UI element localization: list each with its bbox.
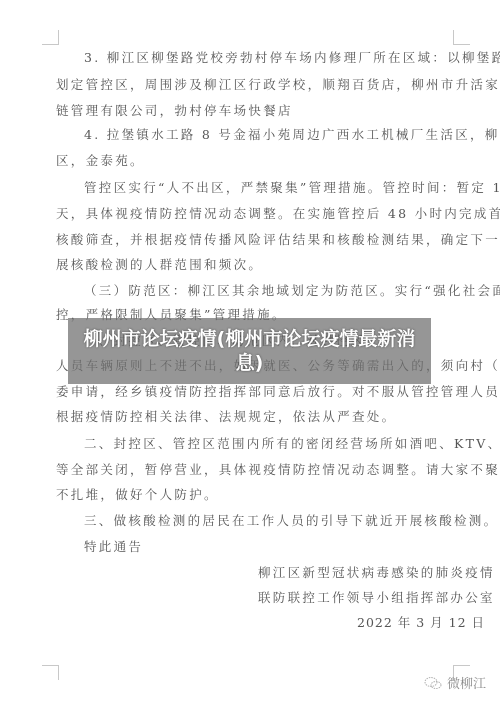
signature-line-2: 联防联控工作领导小组指挥部办公室 <box>258 590 495 606</box>
title-overlay-banner: 柳州市论坛疫情(柳州市论坛疫情最新消息) <box>68 318 431 384</box>
overlay-title: 柳州市论坛疫情(柳州市论坛疫情最新消息) <box>80 327 420 375</box>
doc-line: 4. 拉堡镇水工路 8 号金福小苑周边广西水工机械厂生活区，柳源居小 <box>84 127 500 143</box>
page-corner-mark <box>453 30 470 45</box>
doc-line: 链管理有限公司，勃村停车场快餐店 <box>56 103 293 119</box>
signature-date: 2022 年 3 月 12 日 <box>357 615 485 631</box>
doc-line: 特此通告 <box>84 539 143 555</box>
page-corner-mark <box>42 665 59 680</box>
page-corner-mark <box>42 30 59 45</box>
document-page: 3. 柳江区柳堡路党校旁勃村停车场内修理厂所在区域：以柳堡路进入， 划定管控区，… <box>0 0 500 703</box>
watermark: 微柳江 <box>423 673 486 692</box>
doc-line: 3. 柳江区柳堡路党校旁勃村停车场内修理厂所在区域：以柳堡路进入， <box>84 50 500 66</box>
doc-line: 等全部关闭，暂停营业，具体视疫情防控情况动态调整。请大家不聚集、 <box>56 462 500 478</box>
doc-line: 三、做核酸检测的居民在工作人员的引导下就近开展核酸检测。 <box>84 513 498 529</box>
wechat-icon <box>423 676 443 690</box>
doc-line: 根据疫情防控相关法律、法规规定，依法从严查处。 <box>56 409 396 425</box>
doc-line: 划定管控区，周围涉及柳江区行政学校，顺翔百货店，柳州市升活家供应 <box>56 77 500 93</box>
signature-line-1: 柳江区新型冠状病毒感染的肺炎疫情 <box>258 565 495 581</box>
doc-line: （三）防范区：柳江区其余地域划定为防范区。实行“强化社会面管 <box>84 283 500 299</box>
doc-line: 管控区实行“人不出区，严禁聚集”管理措施。管控时间：暂定 14 <box>84 180 500 196</box>
doc-line: 不扎堆，做好个人防护。 <box>56 487 219 503</box>
doc-line: 委申请，经乡镇疫情防控指挥部同意后放行。对不服从管控管理人员，将 <box>56 384 500 400</box>
doc-line: 区，金泰苑。 <box>56 153 145 169</box>
doc-line: 天，具体视疫情防控情况动态调整。在实施管控后 48 小时内完成首次全员 <box>56 206 500 222</box>
watermark-text: 微柳江 <box>447 673 486 692</box>
doc-line: 核酸筛查，并根据疫情传播风险评估结果和核酸检测结果，确定下一步开 <box>56 232 500 248</box>
doc-line: 二、封控区、管控区范围内所有的密闭经营场所如酒吧、KTV、电影院 <box>84 436 500 452</box>
doc-line: 展核酸检测的人群范围和频次。 <box>56 257 263 273</box>
